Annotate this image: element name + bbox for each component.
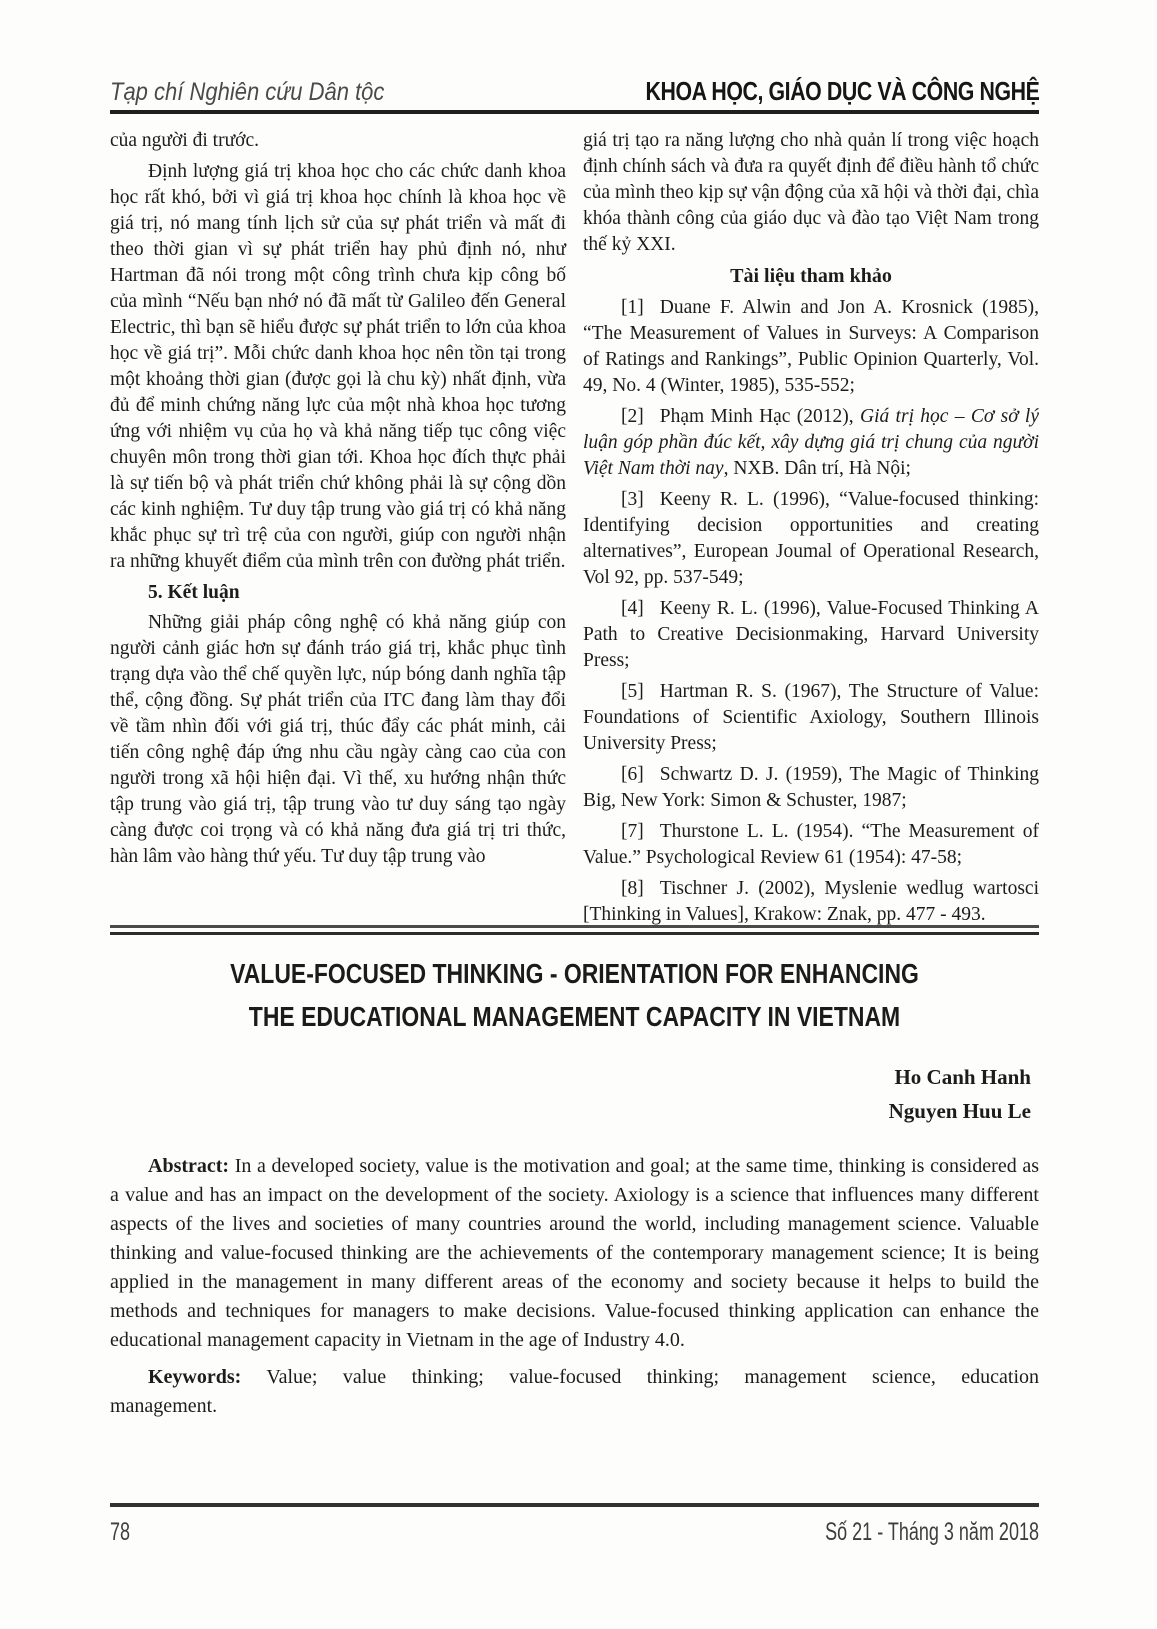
author-name: Nguyen Huu Le (110, 1094, 1031, 1128)
reference-text: Phạm Minh Hạc (2012), (660, 406, 860, 427)
author-list: Ho Canh Hanh Nguyen Huu Le (110, 1060, 1039, 1128)
references-heading: Tài liệu tham khảo (583, 263, 1039, 289)
divider-line (110, 932, 1039, 935)
footer-rule (110, 1503, 1039, 1507)
header-rule (110, 110, 1039, 114)
journal-page: Tạp chí Nghiên cứu Dân tộc KHOA HỌC, GIÁ… (0, 0, 1157, 1629)
reference-label: [2] (621, 406, 660, 427)
continuation-paragraph: của người đi trước. (110, 128, 566, 154)
reference-text: , NXB. Dân trí, Hà Nội; (724, 458, 911, 479)
page-footer: 78 Số 21 - Tháng 3 năm 2018 (110, 1518, 1039, 1547)
keywords-label: Keywords: (148, 1366, 241, 1388)
reference-label: [6] (621, 764, 660, 785)
reference-item: [2]Phạm Minh Hạc (2012), Giá trị học – C… (583, 404, 1039, 482)
abstract-text: In a developed society, value is the mot… (110, 1155, 1039, 1351)
left-column: của người đi trước. Định lượng giá trị k… (110, 128, 566, 933)
reference-item: [5]Hartman R. S. (1967), The Structure o… (583, 679, 1039, 757)
reference-item: [1]Duane F. Alwin and Jon A. Krosnick (1… (583, 295, 1039, 399)
body-paragraph: Định lượng giá trị khoa học cho các chức… (110, 159, 566, 575)
abstract-paragraph: Abstract: In a developed society, value … (110, 1152, 1039, 1355)
article-body: của người đi trước. Định lượng giá trị k… (110, 128, 1039, 933)
reference-item: [3]Keeny R. L. (1996), “Value-focused th… (583, 487, 1039, 591)
article-title: VALUE-FOCUSED THINKING - ORIENTATION FOR… (110, 952, 1039, 1038)
section-divider (110, 925, 1039, 935)
article-title-line1: VALUE-FOCUSED THINKING - ORIENTATION FOR… (194, 952, 956, 995)
conclusion-heading: 5. Kết luận (110, 580, 566, 606)
right-column: giá trị tạo ra năng lượng cho nhà quản l… (583, 128, 1039, 933)
reference-item: [6]Schwartz D. J. (1959), The Magic of T… (583, 762, 1039, 814)
english-article-block: VALUE-FOCUSED THINKING - ORIENTATION FOR… (110, 952, 1039, 1421)
reference-label: [1] (621, 297, 660, 318)
continuation-paragraph: giá trị tạo ra năng lượng cho nhà quản l… (583, 128, 1039, 258)
reference-item: [7]Thurstone L. L. (1954). “The Measurem… (583, 819, 1039, 871)
reference-label: [4] (621, 598, 660, 619)
divider-line (110, 925, 1039, 928)
article-title-line2: THE EDUCATIONAL MANAGEMENT CAPACITY IN V… (194, 995, 956, 1038)
reference-label: [3] (621, 489, 660, 510)
page-header: Tạp chí Nghiên cứu Dân tộc KHOA HỌC, GIÁ… (110, 76, 1039, 107)
reference-label: [5] (621, 681, 660, 702)
issue-info: Số 21 - Tháng 3 năm 2018 (825, 1518, 1039, 1547)
page-number: 78 (110, 1518, 130, 1547)
abstract-label: Abstract: (148, 1155, 229, 1177)
reference-item: [4]Keeny R. L. (1996), Value-Focused Thi… (583, 596, 1039, 674)
reference-label: [8] (621, 878, 660, 899)
conclusion-paragraph: Những giải pháp công nghệ có khả năng gi… (110, 610, 566, 870)
keywords-text: Value; value thinking; value-focused thi… (110, 1366, 1039, 1417)
author-name: Ho Canh Hanh (110, 1060, 1031, 1094)
reference-label: [7] (621, 821, 660, 842)
journal-name: Tạp chí Nghiên cứu Dân tộc (110, 78, 384, 107)
reference-item: [8]Tischner J. (2002), Myslenie wedlug w… (583, 876, 1039, 928)
header-section-title: KHOA HỌC, GIÁO DỤC VÀ CÔNG NGHỆ (645, 76, 1039, 107)
keywords-paragraph: Keywords: Value; value thinking; value-f… (110, 1363, 1039, 1421)
